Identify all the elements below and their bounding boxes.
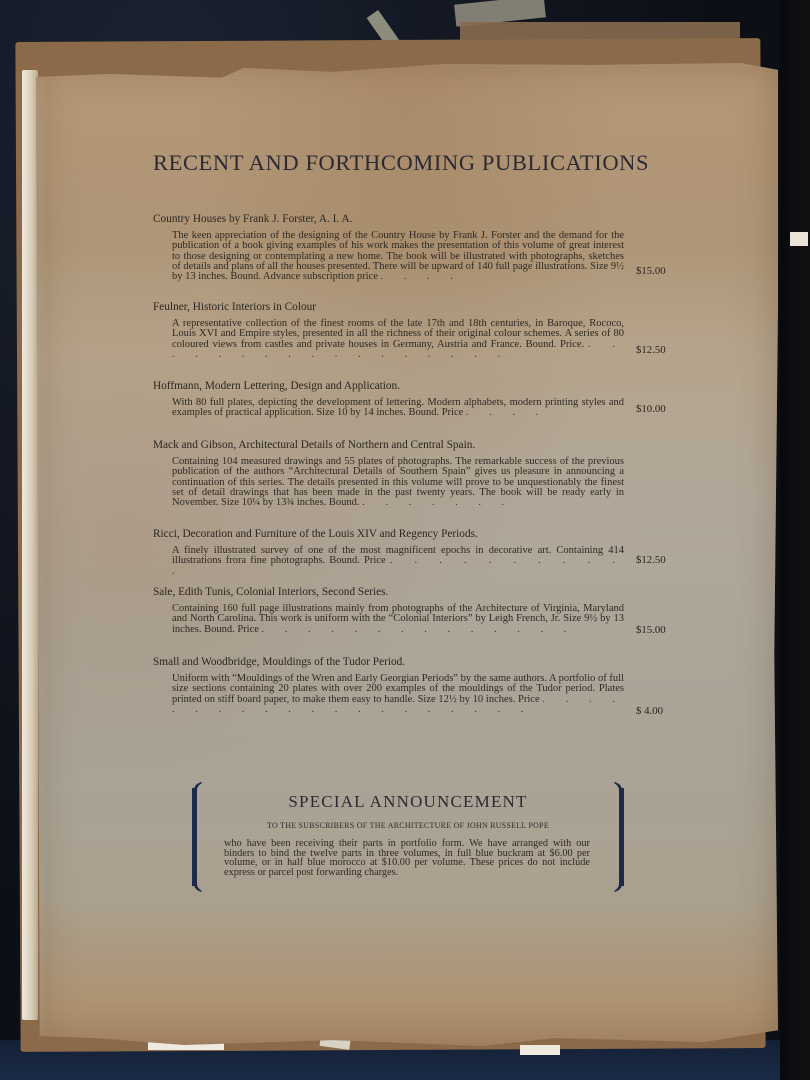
publication-entry: Ricci, Decoration and Furniture of the L… (153, 528, 668, 577)
entry-description: Uniform with “Mouldings of the Wren and … (172, 674, 624, 715)
entry-price: $15.00 (636, 265, 666, 277)
entry-description: The keen appreciation of the designing o… (172, 231, 624, 282)
entry-title: Feulner, Historic Interiors in Colour (153, 301, 668, 314)
entry-description: With 80 full plates, depicting the devel… (172, 398, 624, 419)
dot-leader: . . . . (381, 271, 462, 282)
publication-entry: Small and Woodbridge, Mouldings of the T… (153, 656, 668, 715)
entry-price: $ 4.00 (636, 705, 663, 717)
entry-description: Containing 104 measured drawings and 55 … (172, 457, 624, 508)
dot-leader: . . . . . . . . . . . . . . (262, 624, 576, 635)
entry-title: Mack and Gibson, Architectural Details o… (153, 439, 668, 452)
entry-body-text: With 80 full plates, depicting the devel… (172, 397, 624, 418)
special-announcement-box: SPECIAL ANNOUNCEMENT TO THE SUBSCRIBERS … (190, 780, 626, 890)
publication-entry: Mack and Gibson, Architectural Details o… (153, 439, 668, 508)
dot-leader: . . . . (466, 407, 547, 418)
entry-description: A representative collection of the fines… (172, 319, 624, 360)
dot-leader: . . . . . . . (362, 497, 513, 508)
entry-price: $12.50 (636, 344, 666, 356)
announcement-title: SPECIAL ANNOUNCEMENT (190, 792, 626, 812)
entry-description: A finely illustrated survey of one of th… (172, 546, 624, 577)
entry-description: Containing 160 full page illustrations m… (172, 604, 624, 635)
publication-entry: Hoffmann, Modern Lettering, Design and A… (153, 380, 668, 419)
publication-entry: Sale, Edith Tunis, Colonial Interiors, S… (153, 586, 668, 635)
page-title: RECENT AND FORTHCOMING PUBLICATIONS (153, 150, 673, 176)
entry-title: Hoffmann, Modern Lettering, Design and A… (153, 380, 668, 393)
entry-title: Country Houses by Frank J. Forster, A. I… (153, 213, 668, 226)
announcement-body: who have been receiving their parts in p… (224, 839, 590, 877)
entry-body-text: A representative collection of the fines… (172, 318, 624, 350)
announcement-subtitle: TO THE SUBSCRIBERS OF THE ARCHITECTURE O… (190, 821, 626, 830)
entry-title: Ricci, Decoration and Furniture of the L… (153, 528, 668, 541)
page-content: RECENT AND FORTHCOMING PUBLICATIONS Coun… (0, 0, 810, 1080)
entry-price: $12.50 (636, 554, 666, 566)
publication-entry: Feulner, Historic Interiors in Colour A … (153, 301, 668, 360)
entry-price: $10.00 (636, 403, 666, 415)
entry-price: $15.00 (636, 624, 666, 636)
entry-title: Sale, Edith Tunis, Colonial Interiors, S… (153, 586, 668, 599)
publication-entry: Country Houses by Frank J. Forster, A. I… (153, 213, 668, 282)
entry-title: Small and Woodbridge, Mouldings of the T… (153, 656, 668, 669)
